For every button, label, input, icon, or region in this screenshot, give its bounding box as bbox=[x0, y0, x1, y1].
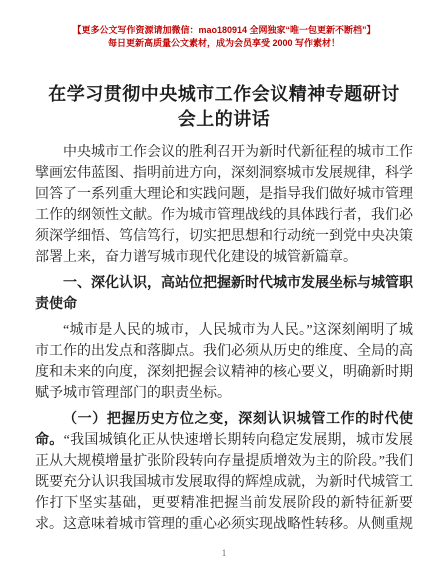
page-number: 1 bbox=[0, 548, 448, 558]
document-page: 【更多公文写作资源请加微信：mao180914 全网独家“唯一包更新不断档”】 … bbox=[0, 0, 448, 580]
promo-header-line1: 【更多公文写作资源请加微信：mao180914 全网独家“唯一包更新不断档”】 bbox=[0, 24, 448, 37]
document-title: 在学习贯彻中央城市工作会议精神专题研讨会上的讲话 bbox=[42, 82, 406, 132]
paragraph-3-rest: “我国城镇化正从快速增长期转向稳定发展期，城市发展正从大规模增量扩张阶段转向存量… bbox=[35, 433, 413, 532]
section-heading-1: 一、深化认识，高站位把握新时代城市发展坐标与城管职责使命 bbox=[35, 273, 413, 315]
body-paragraph-1: 中央城市工作会议的胜利召开为新时代新征程的城市工作擘画宏伟蓝图、指明前进方向，深… bbox=[35, 142, 413, 268]
document-body: 中央城市工作会议的胜利召开为新时代新征程的城市工作擘画宏伟蓝图、指明前进方向，深… bbox=[35, 142, 413, 535]
promo-header-line2: 每日更新高质量公文素材，成为会员享受 2000 写作素材！ bbox=[0, 37, 448, 50]
body-paragraph-3: （一）把握历史方位之变，深刻认识城管工作的时代使命。“我国城镇化正从快速增长期转… bbox=[35, 409, 413, 535]
promo-header: 【更多公文写作资源请加微信：mao180914 全网独家“唯一包更新不断档”】 … bbox=[0, 0, 448, 50]
body-paragraph-2: “城市是人民的城市，人民城市为人民。”这深刻阐明了城市工作的出发点和落脚点。我们… bbox=[35, 320, 413, 404]
